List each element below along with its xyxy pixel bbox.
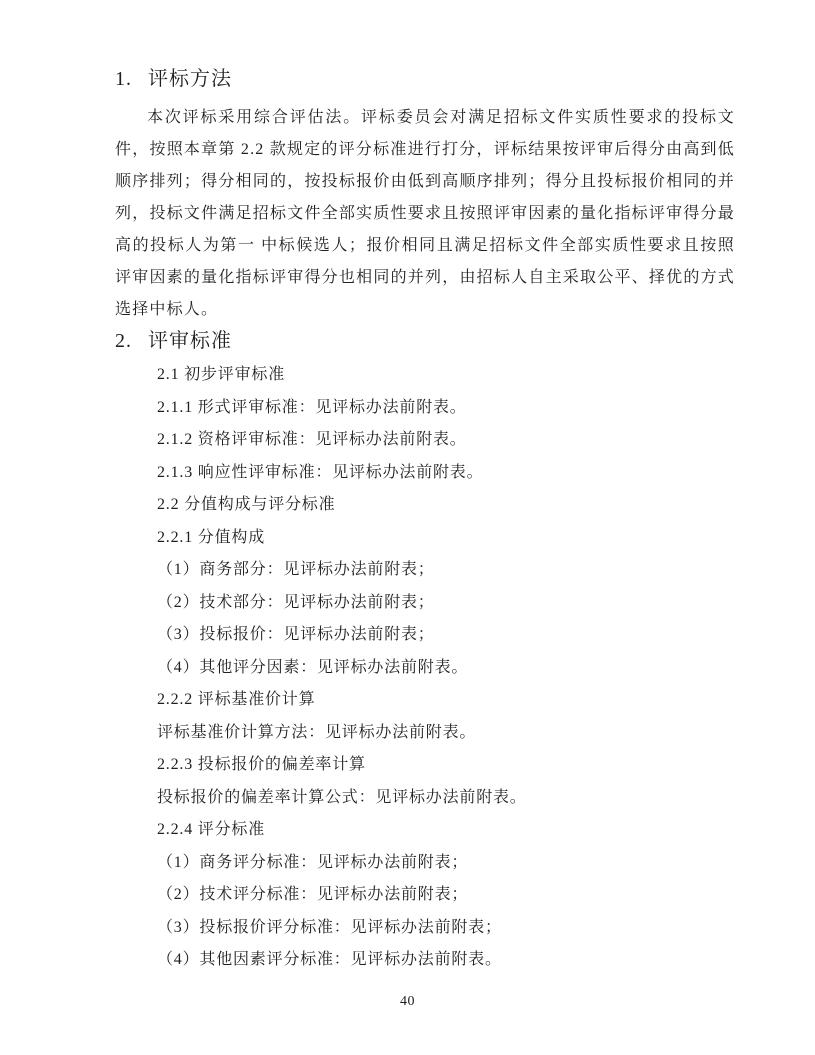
clause-line: （2）技术评分标准：见评标办法前附表； (115, 879, 735, 912)
clause-list: 2.1 初步评审标准2.1.1 形式评审标准：见评标办法前附表。2.1.2 资格… (115, 359, 735, 977)
clause-line: 投标报价的偏差率计算公式：见评标办法前附表。 (115, 782, 735, 815)
document-page: 1. 评标方法 本次评标采用综合评估法。评标委员会对满足招标文件实质性要求的投标… (0, 0, 815, 1055)
clause-line: 2.1 初步评审标准 (115, 359, 735, 392)
section-2-number: 2. (115, 328, 148, 354)
clause-line: （1）商务部分：见评标办法前附表； (115, 554, 735, 587)
clause-line: （3）投标报价：见评标办法前附表； (115, 619, 735, 652)
clause-line: 2.2 分值构成与评分标准 (115, 489, 735, 522)
clause-line: 2.1.2 资格评审标准：见评标办法前附表。 (115, 424, 735, 457)
clause-line: 2.2.4 评分标准 (115, 814, 735, 847)
section-1-number: 1. (115, 66, 148, 92)
clause-line: （4）其他因素评分标准：见评标办法前附表。 (115, 944, 735, 977)
section-2-heading: 2. 评审标准 (115, 328, 735, 354)
page-number: 40 (0, 994, 815, 1010)
clause-line: 2.2.3 投标报价的偏差率计算 (115, 749, 735, 782)
clause-line: （3）投标报价评分标准：见评标办法前附表； (115, 912, 735, 945)
clause-line: （1）商务评分标准：见评标办法前附表； (115, 847, 735, 880)
clause-line: 2.1.1 形式评审标准：见评标办法前附表。 (115, 392, 735, 425)
clause-line: 2.1.3 响应性评审标准：见评标办法前附表。 (115, 457, 735, 490)
clause-line: （4）其他评分因素：见评标办法前附表。 (115, 652, 735, 685)
section-1-title: 评标方法 (148, 66, 232, 92)
section-2-title: 评审标准 (148, 328, 232, 354)
section-1-heading: 1. 评标方法 (115, 66, 735, 92)
clause-line: 评标基准价计算方法：见评标办法前附表。 (115, 717, 735, 750)
clause-line: 2.2.1 分值构成 (115, 522, 735, 555)
clause-line: 2.2.2 评标基准价计算 (115, 684, 735, 717)
section-1-paragraph: 本次评标采用综合评估法。评标委员会对满足招标文件实质性要求的投标文件，按照本章第… (115, 102, 735, 326)
clause-line: （2）技术部分：见评标办法前附表； (115, 587, 735, 620)
page-content: 1. 评标方法 本次评标采用综合评估法。评标委员会对满足招标文件实质性要求的投标… (115, 66, 735, 977)
